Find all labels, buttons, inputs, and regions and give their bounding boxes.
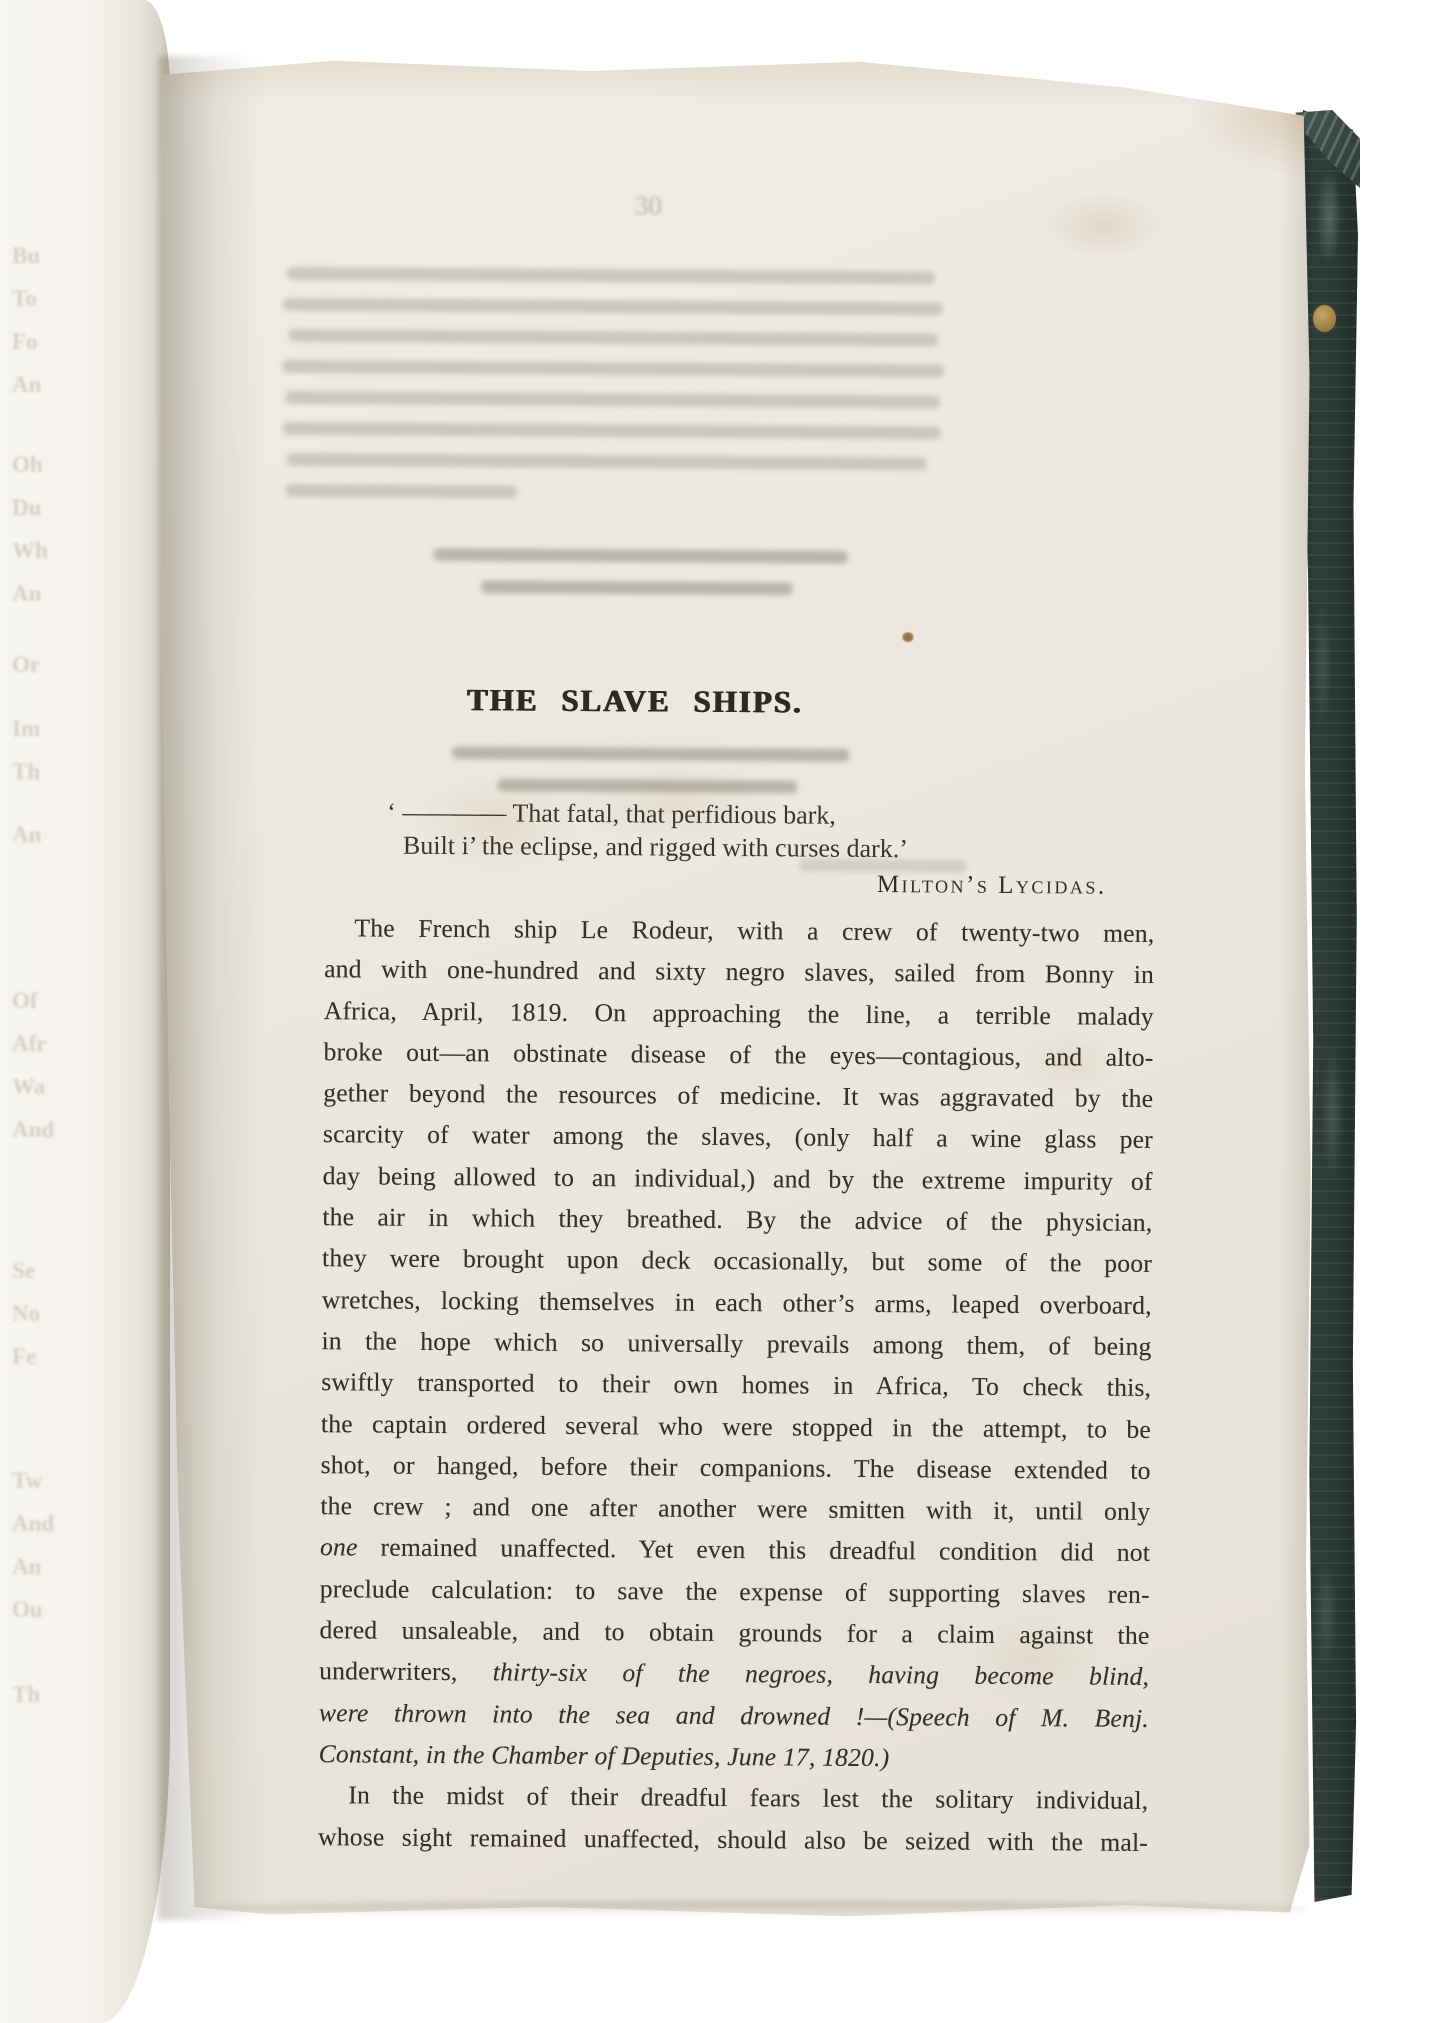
text-line: day being allowed to an individual,) and… [323, 1155, 1153, 1202]
showthrough-line [433, 548, 848, 564]
page-bottom-shadow [190, 1901, 1310, 1917]
text-segment: whose sight remained unaffected, should … [318, 1822, 1148, 1857]
text-line: preclude calculation: to save the expens… [320, 1568, 1150, 1615]
ghost-text-fragment: Du [12, 495, 41, 521]
text-line: Africa, April, 1819. On approaching the … [324, 990, 1154, 1037]
epigraph-attribution: Milton’s Lycidas. [387, 862, 1111, 903]
text-segment: they were brought upon deck occasionally… [322, 1244, 1152, 1279]
text-segment: wretches, locking themselves in each oth… [322, 1285, 1152, 1320]
showthrough-line [481, 580, 793, 595]
text-segment: underwriters, [319, 1656, 493, 1686]
ghost-text-fragment: Bu [12, 243, 40, 269]
italic-text: one [320, 1533, 358, 1562]
text-segment: day being allowed to an individual,) and… [323, 1161, 1153, 1196]
ghost-text-fragment: And [12, 1511, 54, 1537]
page-content: 30 THE SLAVE SHIPS. ‘ ———— That fatal, t… [142, 54, 1320, 1924]
text-segment: scarcity of water among the slaves, (onl… [323, 1120, 1153, 1155]
text-line: Constant, in the Chamber of Deputies, Ju… [319, 1733, 1149, 1780]
text-line: dered unsaleable, and to obtain grounds … [319, 1609, 1149, 1656]
ghost-text-fragment: Se [12, 1258, 35, 1284]
text-segment: and with one-hundred and sixty negro sla… [324, 954, 1154, 989]
text-segment: shot, or hanged, before their companions… [321, 1450, 1151, 1485]
ghost-page-number: 30 [608, 190, 688, 222]
ghost-text-fragment: An [12, 581, 41, 607]
ghost-text-fragment: And [12, 1117, 54, 1143]
text-line: swiftly transported to their own homes i… [321, 1361, 1151, 1408]
foxing-spot [902, 632, 913, 642]
text-segment: the crew ; and one after another were sm… [320, 1491, 1150, 1526]
text-line: and with one-hundred and sixty negro sla… [324, 948, 1154, 995]
ghost-text-fragment: An [12, 822, 41, 848]
ghost-text-fragment: Ou [12, 1597, 43, 1623]
ghost-text-fragment: Afr [12, 1031, 46, 1057]
ghost-text-fragment: Th [12, 1682, 40, 1708]
text-segment: The French ship Le Rodeur, with a crew o… [354, 913, 1154, 948]
showthrough-line [287, 267, 935, 285]
ghost-text-fragment: Wh [12, 538, 48, 564]
ghost-text-fragment: To [12, 286, 37, 312]
book-page: 30 THE SLAVE SHIPS. ‘ ———— That fatal, t… [148, 58, 1313, 1920]
text-line: scarcity of water among the slaves, (onl… [323, 1114, 1153, 1161]
epigraph-line-1: ‘ ———— That fatal, that perfidious bark, [387, 796, 1111, 834]
text-line: shot, or hanged, before their companions… [321, 1444, 1151, 1491]
ghost-text-fragment: Oh [12, 452, 43, 478]
ghost-text-fragment: Fe [12, 1344, 36, 1370]
text-segment: gether beyond the resources of medicine.… [323, 1078, 1153, 1113]
text-segment: swiftly transported to their own homes i… [321, 1367, 1151, 1402]
showthrough-line [285, 484, 517, 499]
text-segment: the air in which they breathed. By the a… [322, 1202, 1152, 1237]
text-line: The French ship Le Rodeur, with a crew o… [324, 907, 1154, 954]
text-segment: remained unaffected. Yet even this dread… [358, 1533, 1151, 1568]
text-line: one remained unaffected. Yet even this d… [320, 1527, 1150, 1574]
text-line: in the hope which so universally prevail… [321, 1320, 1151, 1367]
chapter-title: THE SLAVE SHIPS. [355, 681, 915, 721]
epigraph-line-2: Built i’ the eclipse, and rigged with cu… [387, 829, 1111, 867]
paragraph: In the midst of their dreadful fears les… [318, 1774, 1149, 1862]
ghost-text-fragment: Or [12, 652, 40, 678]
text-line: underwriters, thirty-six of the negroes,… [319, 1650, 1149, 1697]
paragraph: The French ship Le Rodeur, with a crew o… [319, 907, 1155, 1780]
gilt-speck [1313, 305, 1336, 332]
italic-text: were thrown into the sea and drowned !—(… [319, 1698, 1149, 1733]
ghost-text-fragment: Tw [12, 1468, 42, 1494]
text-line: wretches, locking themselves in each oth… [322, 1279, 1152, 1326]
italic-text: thirty-six of the negroes, having become… [493, 1658, 1150, 1692]
ghost-text-fragment: An [12, 372, 41, 398]
italic-text: Constant, in the Chamber of Deputies, Ju… [319, 1739, 890, 1772]
text-segment: Africa, April, 1819. On approaching the … [324, 996, 1154, 1031]
text-line: they were brought upon deck occasionally… [322, 1238, 1152, 1285]
facing-page-edge: BuToFoAnOhDuWhAnOrImThAnOfAfrWaAndSeNoFe… [0, 0, 170, 2023]
text-segment: in the hope which so universally prevail… [321, 1326, 1151, 1361]
text-segment: broke out—an obstinate disease of the ey… [323, 1037, 1153, 1072]
showthrough-line [282, 360, 944, 378]
text-line: In the midst of their dreadful fears les… [318, 1774, 1148, 1821]
text-line: whose sight remained unaffected, should … [318, 1816, 1148, 1863]
photo-backdrop: BuToFoAnOhDuWhAnOrImThAnOfAfrWaAndSeNoFe… [0, 0, 1445, 2023]
showthrough-line [283, 422, 941, 440]
ghost-text-fragment: Fo [12, 329, 38, 355]
text-line: gether beyond the resources of medicine.… [323, 1072, 1153, 1119]
showthrough-line [287, 453, 927, 470]
ghost-text-fragment: No [12, 1301, 40, 1327]
ghost-text-fragment: An [12, 1554, 41, 1580]
ghost-text-fragment: Im [12, 716, 40, 742]
text-segment: In the midst of their dreadful fears les… [348, 1781, 1148, 1816]
text-line: the crew ; and one after another were sm… [320, 1485, 1150, 1532]
text-segment: preclude calculation: to save the expens… [320, 1574, 1150, 1609]
text-segment: the captain ordered several who were sto… [321, 1409, 1151, 1444]
ghost-text-fragment: Of [12, 988, 38, 1014]
showthrough-line [285, 391, 940, 409]
text-line: the captain ordered several who were sto… [321, 1403, 1151, 1450]
showthrough-line [283, 298, 943, 316]
epigraph: ‘ ———— That fatal, that perfidious bark,… [387, 796, 1112, 903]
ghost-text-fragment: Th [12, 759, 40, 785]
text-line: were thrown into the sea and drowned !—(… [319, 1692, 1149, 1739]
body-text: The French ship Le Rodeur, with a crew o… [318, 907, 1155, 1863]
text-line: the air in which they breathed. By the a… [322, 1196, 1152, 1243]
showthrough-line [452, 746, 850, 762]
text-line: broke out—an obstinate disease of the ey… [323, 1031, 1153, 1078]
text-segment: dered unsaleable, and to obtain grounds … [319, 1615, 1149, 1650]
ghost-text-fragment: Wa [12, 1074, 45, 1100]
showthrough-line [497, 778, 797, 793]
showthrough-line [289, 329, 939, 347]
